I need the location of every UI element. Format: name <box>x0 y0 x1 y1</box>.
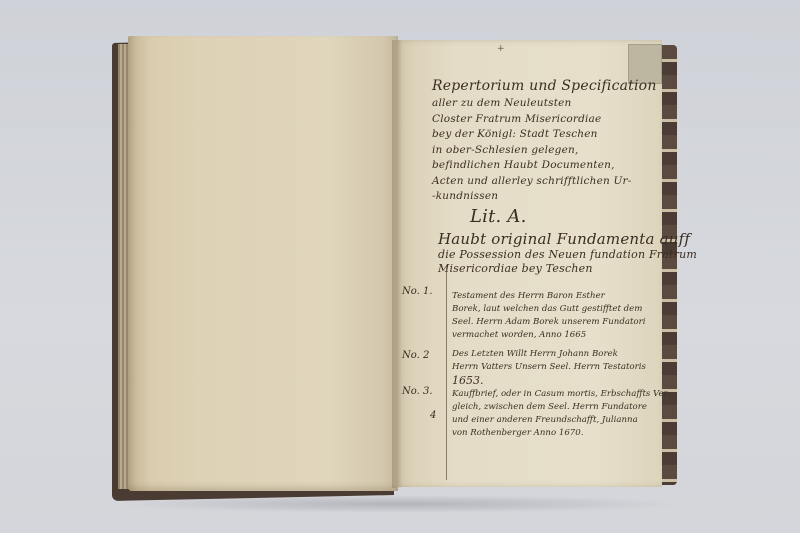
photograph: + Repertorium und Specification aller zu… <box>0 0 800 533</box>
entry-number: 4 <box>430 410 436 421</box>
section-heading: Haubt original Fundamenta auff die Posse… <box>438 230 697 276</box>
entry-line: Testament des Herrn Baron Esther <box>452 290 662 303</box>
heading-line: Haubt original Fundamenta auff <box>438 230 697 248</box>
entry-line: Herrn Vatters Unsern Seel. Herrn Testato… <box>452 361 662 374</box>
title-line: bey der Königl: Stadt Teschen <box>432 127 647 143</box>
entry-line: Kauffbrief, oder in Casum mortis, Erbsch… <box>452 388 662 401</box>
entry-number: No. 3. <box>402 386 433 397</box>
title-line: Acten und allerley schrifftlichen Ur- <box>432 174 647 190</box>
entry-line: Borek, laut welchen das Gutt gestifftet … <box>452 303 662 316</box>
entry-line: Seel. Herrn Adam Borek unserem Fundatori <box>452 316 662 329</box>
entry-3: Kauffbrief, oder in Casum mortis, Erbsch… <box>452 388 662 440</box>
title-line: aller zu dem Neuleutsten <box>432 96 647 112</box>
title-line: befindlichen Haubt Documenten, <box>432 158 647 174</box>
entry-1: Testament des Herrn Baron Esther Borek, … <box>452 290 662 342</box>
entry-number: No. 1. <box>402 286 433 297</box>
entry-line: 1653. <box>452 374 662 387</box>
heading-line: Misericordiae bey Teschen <box>438 262 697 276</box>
title-line: in ober-Schlesien gelegen, <box>432 143 647 159</box>
manuscript-title: Repertorium und Specification aller zu d… <box>432 76 647 205</box>
entry-line: gleich, zwischen dem Seel. Herrn Fundato… <box>452 401 662 414</box>
entry-line: Des Letzten Willt Herrn Johann Borek <box>452 348 662 361</box>
title-line: Closter Fratrum Misericordiae <box>432 112 647 128</box>
entry-line: von Rothenberger Anno 1670. <box>452 427 662 440</box>
section-label: Lit. A. <box>470 206 527 227</box>
entry-2: Des Letzten Willt Herrn Johann Borek Her… <box>452 348 662 387</box>
entry-line: vermachet worden, Anno 1665 <box>452 329 662 342</box>
page-top-mark: + <box>497 44 505 54</box>
title-line: -kundnissen <box>432 189 647 205</box>
margin-rule <box>446 265 447 480</box>
title-line: Repertorium und Specification <box>432 76 647 96</box>
entry-number: No. 2 <box>402 350 429 361</box>
entry-line: und einer anderen Freundschafft, Juliann… <box>452 414 662 427</box>
book-gutter <box>392 40 402 488</box>
heading-line: die Possession des Neuen fundation Fratr… <box>438 248 697 262</box>
left-page-blank <box>128 36 398 491</box>
